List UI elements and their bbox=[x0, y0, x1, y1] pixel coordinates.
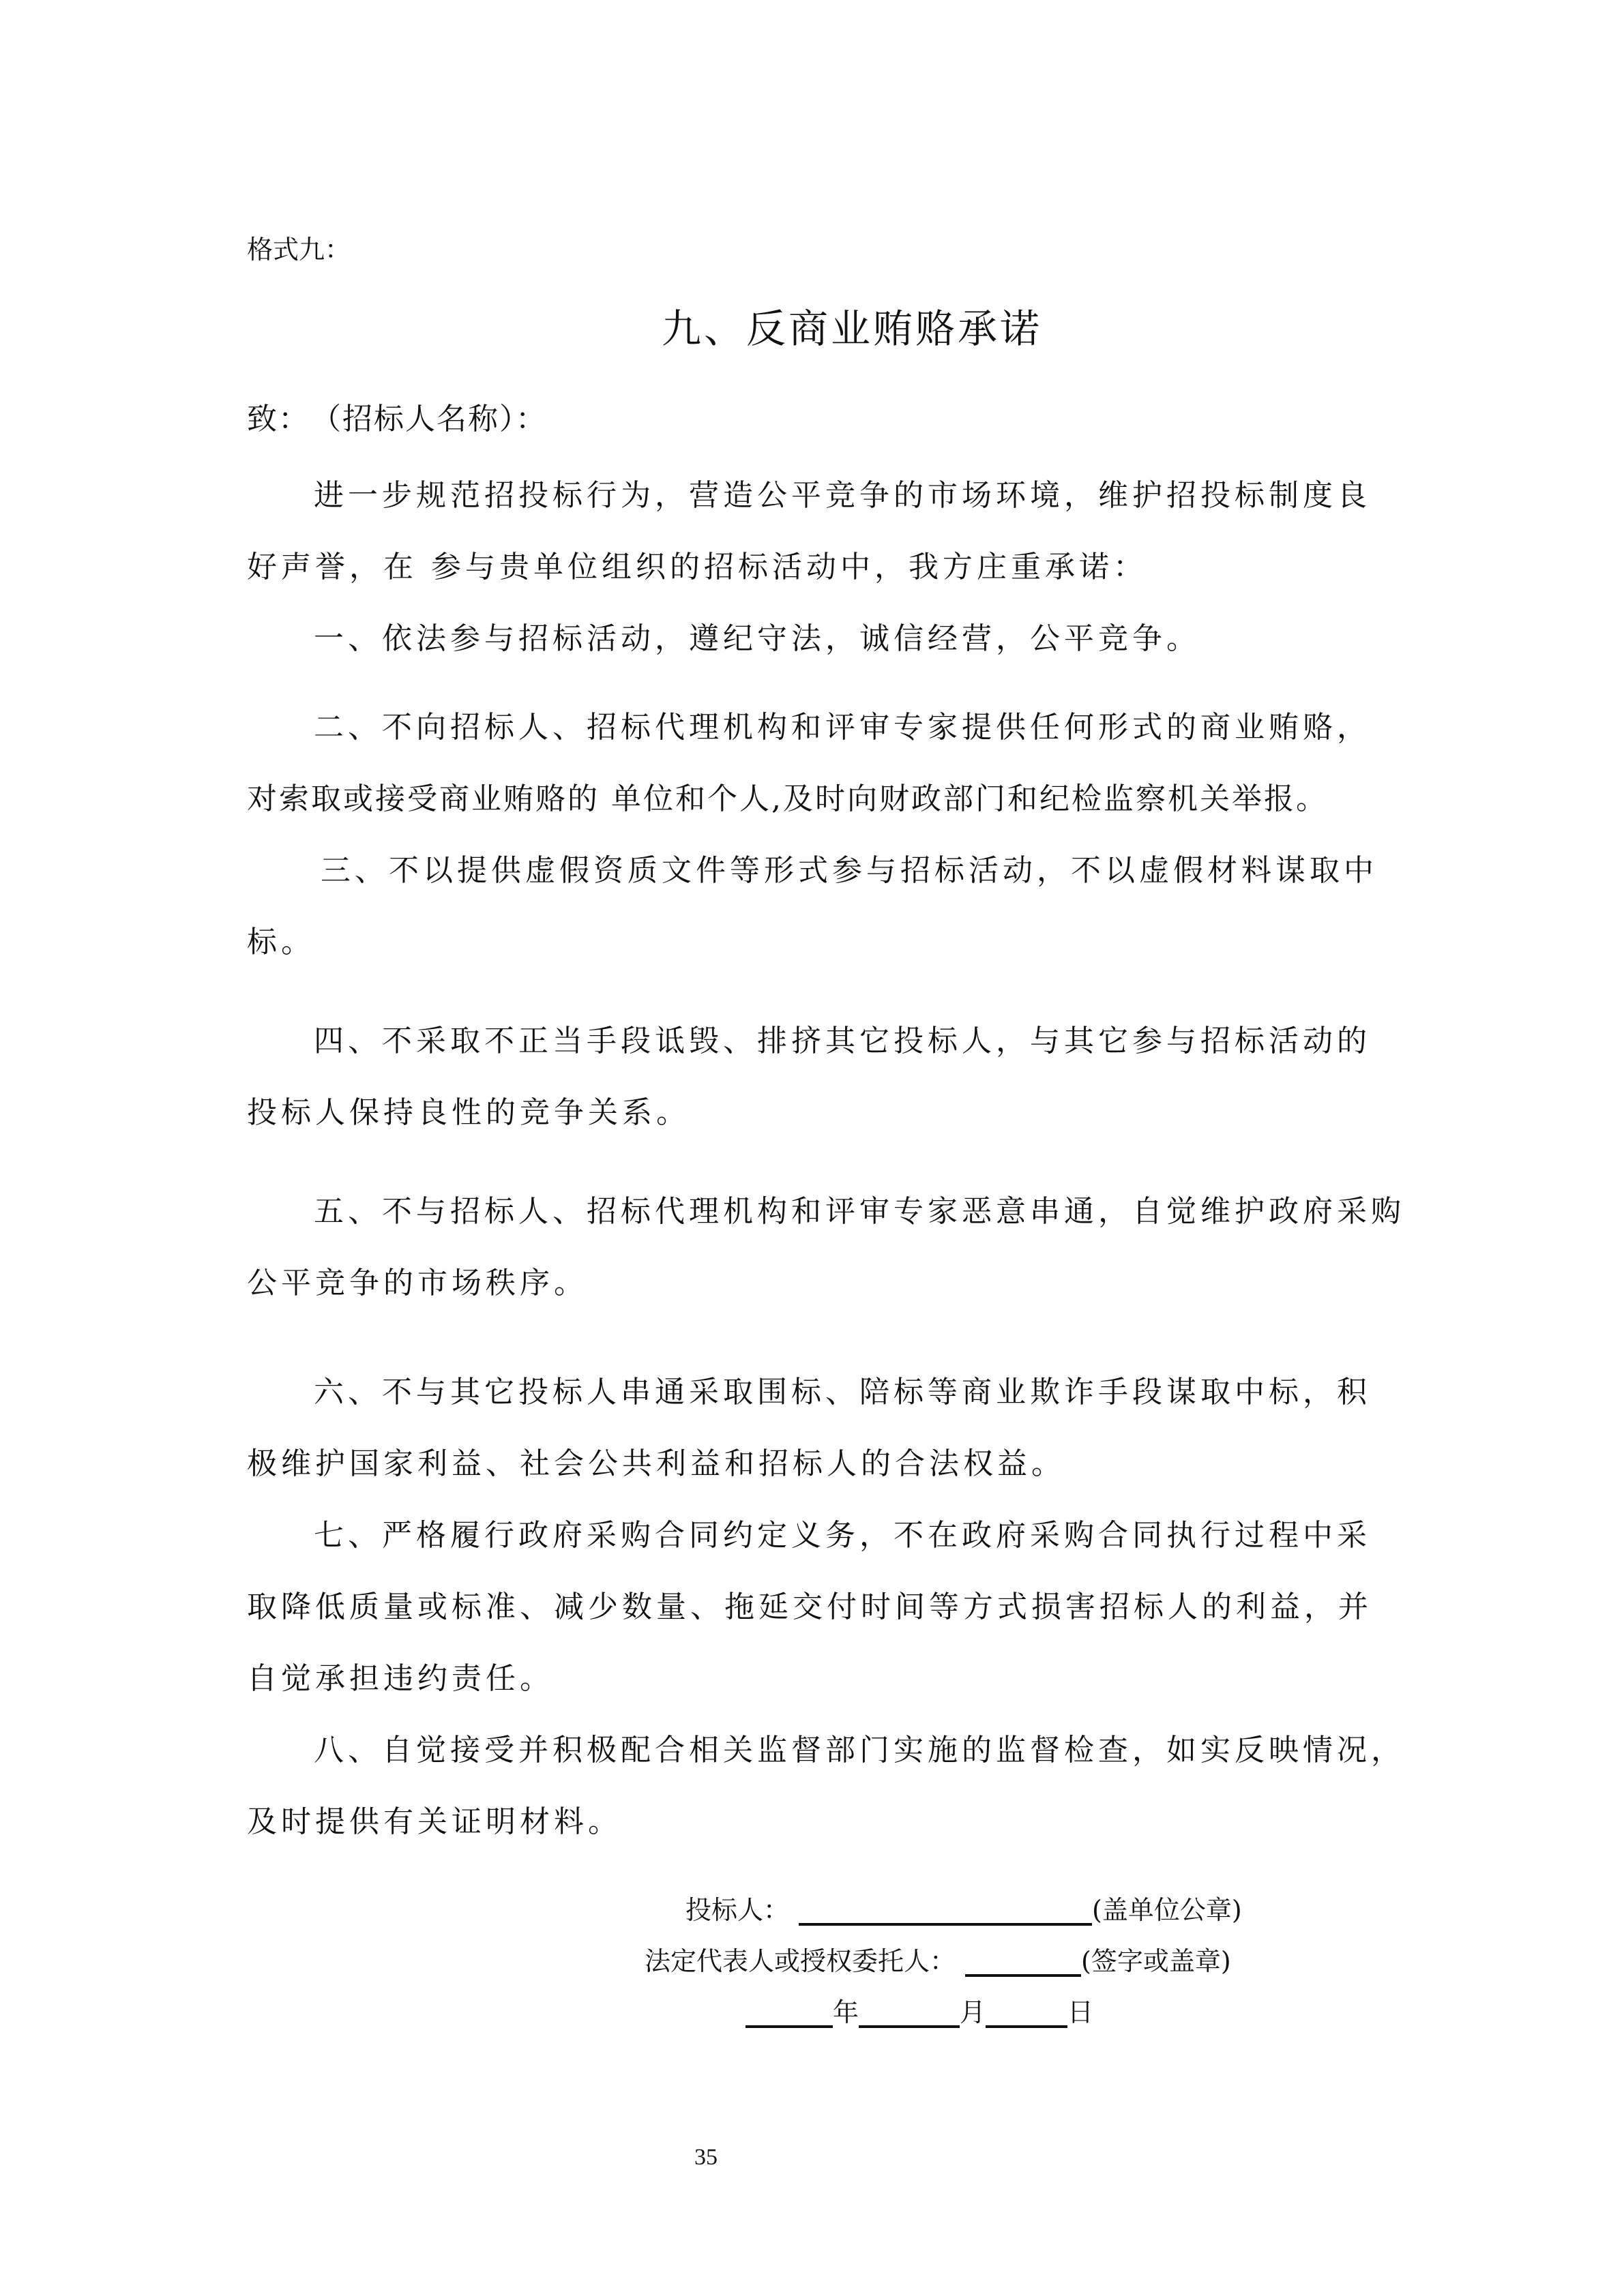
paragraph-line: 进一步规范招投标行为，营造公平竞争的市场环境，维护招投标制度良 bbox=[314, 471, 1371, 514]
paragraph-line: 极维护国家利益、社会公共利益和招标人的合法权益。 bbox=[247, 1439, 1065, 1482]
paragraph-line: 公平竞争的市场秩序。 bbox=[247, 1258, 588, 1302]
representative-label: 法定代表人或授权委托人： bbox=[645, 1946, 956, 1976]
representative-blank[interactable] bbox=[965, 1944, 1081, 1977]
paragraph-line: 对索取或接受商业贿赂的 单位和个人,及时向财政部门和纪检监察机关举报。 bbox=[247, 774, 1328, 818]
bidder-note: (盖单位公章) bbox=[1092, 1895, 1242, 1925]
paragraph-line: 自觉承担违约责任。 bbox=[247, 1654, 554, 1697]
paragraph-line: 五、不与招标人、招标代理机构和评审专家恶意串通，自觉维护政府采购 bbox=[314, 1187, 1405, 1230]
page-title: 九、反商业贿赂承诺 bbox=[662, 297, 1042, 354]
paragraph-line: 八、自觉接受并积极配合相关监督部门实施的监督检查，如实反映情况， bbox=[314, 1725, 1405, 1769]
paragraph-line: 及时提供有关证明材料。 bbox=[247, 1797, 622, 1840]
bidder-line: 投标人：(盖单位公章) bbox=[685, 1889, 1242, 1926]
representative-line: 法定代表人或授权委托人：(签字或盖章) bbox=[645, 1940, 1231, 1978]
paragraph-line: 取降低质量或标准、减少数量、拖延交付时间等方式损害招标人的利益，并 bbox=[247, 1582, 1372, 1626]
paragraph-line: 六、不与其它投标人串通采取围标、陪标等商业欺诈手段谋取中标，积 bbox=[314, 1367, 1371, 1411]
page-number: 35 bbox=[694, 2145, 718, 2171]
year-label: 年 bbox=[833, 1997, 859, 2027]
day-label: 日 bbox=[1067, 1997, 1093, 2027]
paragraph-line: 二、不向招标人、招标代理机构和评审专家提供任何形式的商业贿赂， bbox=[314, 702, 1371, 746]
bidder-blank[interactable] bbox=[799, 1893, 1092, 1926]
day-blank[interactable] bbox=[986, 1995, 1067, 2028]
paragraph-line: 投标人保持良性的竞争关系。 bbox=[247, 1088, 690, 1131]
date-line: 年月日 bbox=[745, 1991, 1093, 2029]
addressee: 致： （招标人名称）： bbox=[247, 394, 547, 438]
paragraph-line: 七、严格履行政府采购合同约定义务，不在政府采购合同执行过程中采 bbox=[314, 1510, 1371, 1554]
paragraph-line: 三、不以提供虚假资质文件等形式参与招标活动，不以虚假材料谋取中 bbox=[321, 846, 1378, 889]
format-label: 格式九： bbox=[247, 228, 351, 266]
paragraph-line: 一、依法参与招标活动，遵纪守法，诚信经营，公平竞争。 bbox=[314, 614, 1200, 657]
paragraph-line: 四、不采取不正当手段诋毁、排挤其它投标人，与其它参与招标活动的 bbox=[314, 1016, 1371, 1060]
paragraph-line: 好声誉，在 参与贵单位组织的招标活动中，我方庄重承诺： bbox=[247, 542, 1147, 586]
year-blank[interactable] bbox=[745, 1995, 833, 2028]
bidder-label: 投标人： bbox=[685, 1895, 789, 1925]
month-blank[interactable] bbox=[859, 1995, 960, 2028]
paragraph-line: 标。 bbox=[247, 917, 315, 961]
representative-note: (签字或盖章) bbox=[1081, 1946, 1231, 1976]
month-label: 月 bbox=[960, 1997, 986, 2027]
